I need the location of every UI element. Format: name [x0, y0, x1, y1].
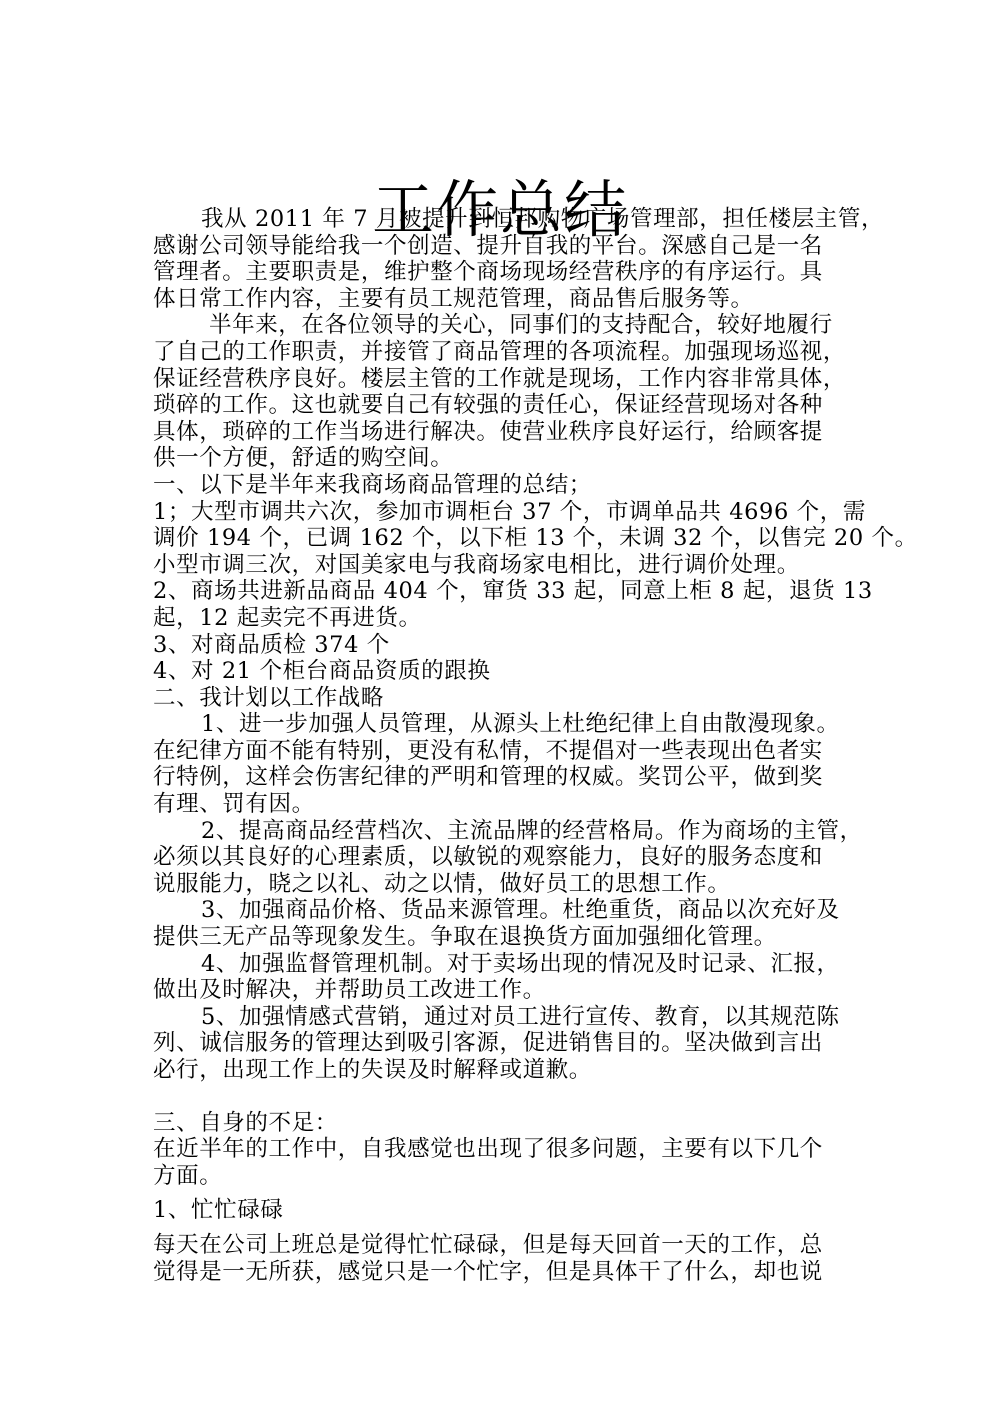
text-line: 1；大型市调共六次，参加市调柜台 37 个，市调单品共 4696 个，需: [153, 499, 873, 526]
paragraph: 2、商场共进新品商品 404 个，窜货 33 起，同意上柜 8 起，退货 13起…: [153, 578, 873, 631]
text-line: 在纪律方面不能有特别，更没有私情，不提倡对一些表现出色者实: [153, 738, 873, 765]
text-line: 感谢公司领导能给我一个创造、提升自我的平台。深感自己是一名: [153, 233, 873, 260]
text-line: 保证经营秩序良好。楼层主管的工作就是现场，工作内容非常具体，: [153, 366, 873, 393]
paragraph: 1、进一步加强人员管理，从源头上杜绝纪律上自由散漫现象。在纪律方面不能有特别，更…: [153, 711, 873, 817]
text-line: 方面。: [153, 1163, 873, 1190]
text-line: 在近半年的工作中，自我感觉也出现了很多问题，主要有以下几个: [153, 1136, 873, 1163]
text-line: 起，12 起卖完不再进货。: [153, 605, 873, 632]
text-line: 1、忙忙碌碌: [153, 1197, 873, 1224]
document-page: 工作总结 我从 2011 年 7 月被提升到恒邦购物广场管理部，担任楼层主管，感…: [0, 0, 1000, 1415]
text-line: 体日常工作内容，主要有员工规范管理，商品售后服务等。: [153, 286, 873, 313]
paragraph: 2、提高商品经营档次、主流品牌的经营格局。作为商场的主管，必须以其良好的心理素质…: [153, 818, 873, 898]
text-line: 2、商场共进新品商品 404 个，窜货 33 起，同意上柜 8 起，退货 13: [153, 578, 873, 605]
text-line: 5、加强情感式营销，通过对员工进行宣传、教育，以其规范陈: [153, 1004, 873, 1031]
text-line: 我从 2011 年 7 月被提升到恒邦购物广场管理部，担任楼层主管，: [153, 206, 873, 233]
text-line: 3、加强商品价格、货品来源管理。杜绝重货，商品以次充好及: [153, 897, 873, 924]
text-line: 觉得是一无所获，感觉只是一个忙字，但是具体干了什么，却也说: [153, 1259, 873, 1286]
text-line: 3、对商品质检 374 个: [153, 632, 873, 659]
text-line: 半年来，在各位领导的关心，同事们的支持配合，较好地履行: [153, 312, 873, 339]
text-line: 了自己的工作职责，并接管了商品管理的各项流程。加强现场巡视，: [153, 339, 873, 366]
text-line: 必行，出现工作上的失误及时解释或道歉。: [153, 1057, 873, 1084]
text-line: 小型市调三次，对国美家电与我商场家电相比，进行调价处理。: [153, 552, 873, 579]
paragraph: 3、加强商品价格、货品来源管理。杜绝重货，商品以次充好及提供三无产品等现象发生。…: [153, 897, 873, 950]
text-line: 三、自身的不足：: [153, 1110, 873, 1137]
text-line: 每天在公司上班总是觉得忙忙碌碌，但是每天回首一天的工作，总: [153, 1232, 873, 1259]
text-line: 4、对 21 个柜台商品资质的跟换: [153, 658, 873, 685]
text-line: 有理、罚有因。: [153, 791, 873, 818]
paragraph: 在近半年的工作中，自我感觉也出现了很多问题，主要有以下几个方面。: [153, 1136, 873, 1189]
document-body: 我从 2011 年 7 月被提升到恒邦购物广场管理部，担任楼层主管，感谢公司领导…: [153, 206, 873, 1285]
text-line: 一、以下是半年来我商场商品管理的总结；: [153, 472, 873, 499]
paragraph: 半年来，在各位领导的关心，同事们的支持配合，较好地履行了自己的工作职责，并接管了…: [153, 312, 873, 472]
text-line: 管理者。主要职责是，维护整个商场现场经营秩序的有序运行。具: [153, 259, 873, 286]
paragraph-spacer: [153, 1084, 873, 1110]
paragraph: 三、自身的不足：: [153, 1110, 873, 1137]
text-line: 调价 194 个，已调 162 个，以下柜 13 个，未调 32 个，以售完 2…: [153, 525, 873, 552]
text-line: 1、进一步加强人员管理，从源头上杜绝纪律上自由散漫现象。: [153, 711, 873, 738]
paragraph: 二、我计划以工作战略: [153, 685, 873, 712]
text-line: 琐碎的工作。这也就要自己有较强的责任心，保证经营现场对各种: [153, 392, 873, 419]
paragraph: 1；大型市调共六次，参加市调柜台 37 个，市调单品共 4696 个，需调价 1…: [153, 499, 873, 579]
text-line: 行特例，这样会伤害纪律的严明和管理的权威。奖罚公平，做到奖: [153, 764, 873, 791]
text-line: 4、加强监督管理机制。对于卖场出现的情况及时记录、汇报，: [153, 951, 873, 978]
text-line: 列、诚信服务的管理达到吸引客源，促进销售目的。坚决做到言出: [153, 1030, 873, 1057]
paragraph: 我从 2011 年 7 月被提升到恒邦购物广场管理部，担任楼层主管，感谢公司领导…: [153, 206, 873, 312]
paragraph: 5、加强情感式营销，通过对员工进行宣传、教育，以其规范陈列、诚信服务的管理达到吸…: [153, 1004, 873, 1084]
paragraph: 3、对商品质检 374 个: [153, 632, 873, 659]
text-line: 供一个方便，舒适的购空间。: [153, 445, 873, 472]
text-line: 做出及时解决，并帮助员工改进工作。: [153, 977, 873, 1004]
text-line: 提供三无产品等现象发生。争取在退换货方面加强细化管理。: [153, 924, 873, 951]
text-line: 2、提高商品经营档次、主流品牌的经营格局。作为商场的主管，: [153, 818, 873, 845]
paragraph: 4、加强监督管理机制。对于卖场出现的情况及时记录、汇报，做出及时解决，并帮助员工…: [153, 951, 873, 1004]
paragraph-spacer: [153, 1224, 873, 1232]
paragraph: 4、对 21 个柜台商品资质的跟换: [153, 658, 873, 685]
paragraph: 1、忙忙碌碌: [153, 1197, 873, 1224]
text-line: 必须以其良好的心理素质，以敏锐的观察能力，良好的服务态度和: [153, 844, 873, 871]
text-line: 说服能力，晓之以礼、动之以情，做好员工的思想工作。: [153, 871, 873, 898]
paragraph: 一、以下是半年来我商场商品管理的总结；: [153, 472, 873, 499]
paragraph-spacer: [153, 1189, 873, 1197]
text-line: 具体，琐碎的工作当场进行解决。使营业秩序良好运行，给顾客提: [153, 419, 873, 446]
text-line: 二、我计划以工作战略: [153, 685, 873, 712]
paragraph: 每天在公司上班总是觉得忙忙碌碌，但是每天回首一天的工作，总觉得是一无所获，感觉只…: [153, 1232, 873, 1285]
